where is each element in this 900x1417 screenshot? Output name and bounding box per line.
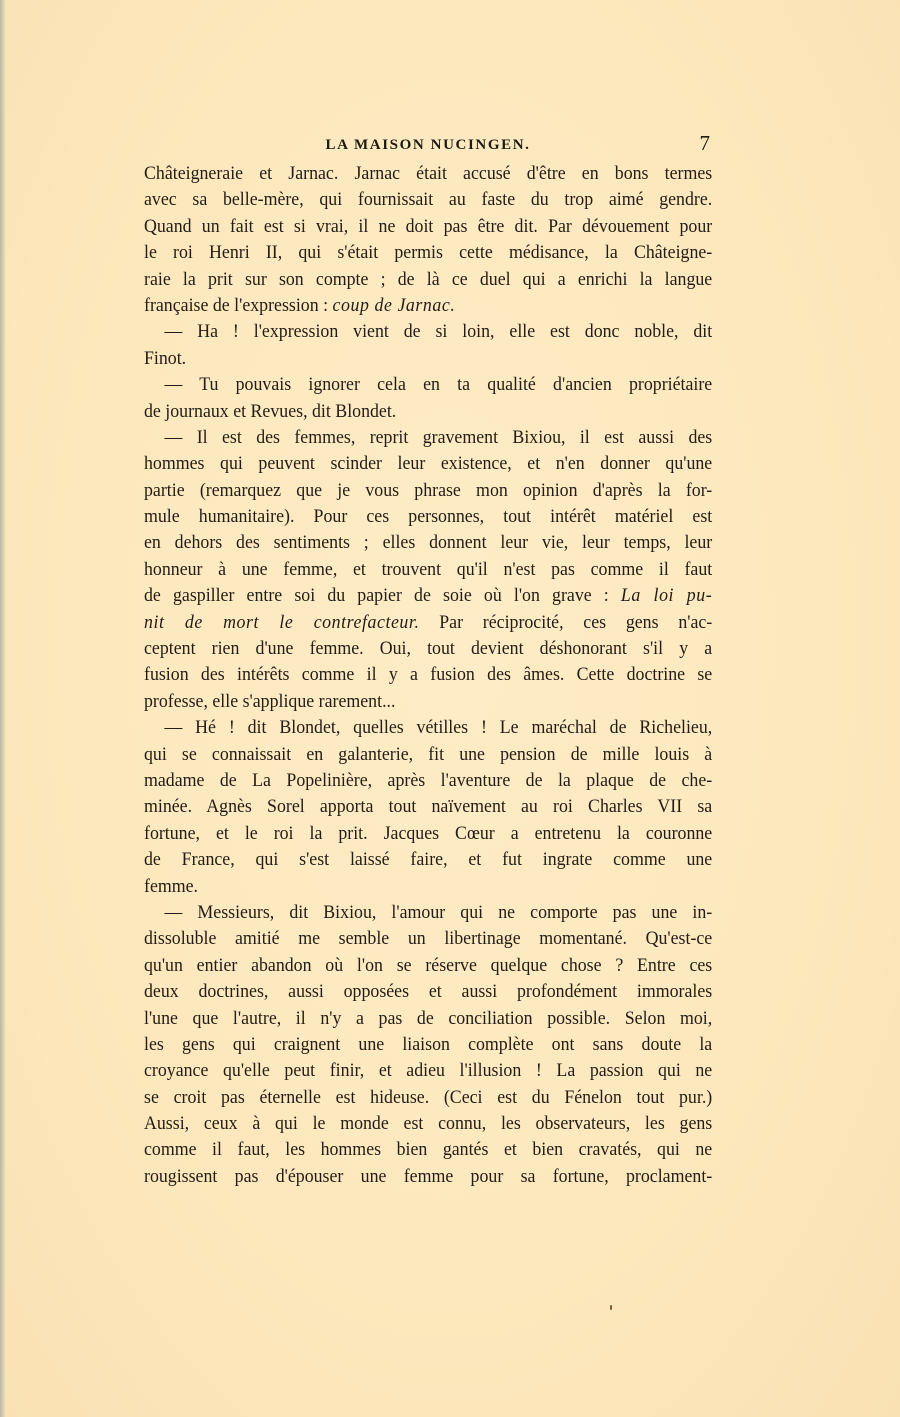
line-text: fortune, et le roi la prit. Jacques Cœur… — [144, 823, 712, 844]
line-text: ceptent rien d'une femme. Oui, tout devi… — [144, 638, 712, 659]
text-line: se croit pas éternelle est hideuse. (Cec… — [144, 1085, 712, 1111]
line-text: professe, elle s'applique rarement... — [144, 691, 395, 712]
line-text: — Hé ! dit Blondet, quelles vétilles ! L… — [164, 717, 712, 738]
text-line: minée. Agnès Sorel apporta tout naïvemen… — [144, 794, 712, 820]
line-text: fusion des intérêts comme il y a fusion … — [144, 664, 712, 685]
text-line: — Ha ! l'expression vient de si loin, el… — [144, 319, 712, 345]
line-text: femme. — [144, 876, 198, 897]
line-text: croyance qu'elle peut finir, et adieu l'… — [144, 1060, 712, 1081]
text-line: Quand un fait est si vrai, il ne doit pa… — [144, 214, 712, 240]
text-line: honneur à une femme, et trouvent qu'il n… — [144, 557, 712, 583]
line-text: partie (remarquez que je vous phrase mon… — [144, 480, 712, 501]
text-line: croyance qu'elle peut finir, et adieu l'… — [144, 1058, 712, 1084]
text-line: qui se connaissait en galanterie, fit un… — [144, 742, 712, 768]
line-text: qui se connaissait en galanterie, fit un… — [144, 744, 712, 765]
text-line: comme il faut, les hommes bien gantés et… — [144, 1137, 712, 1163]
text-line: avec sa belle-mère, qui fournissait au f… — [144, 187, 712, 213]
text-line: — Il est des femmes, reprit gravement Bi… — [144, 425, 712, 451]
line-text: française de l'expression : — [144, 295, 333, 316]
line-text: Quand un fait est si vrai, il ne doit pa… — [144, 216, 712, 237]
line-text: madame de La Popelinière, après l'aventu… — [144, 770, 712, 791]
running-title: LA MAISON NUCINGEN. — [144, 137, 712, 154]
line-text: — Ha ! l'expression vient de si loin, el… — [164, 321, 712, 342]
body-text: Châteigneraie et Jarnac. Jarnac était ac… — [144, 161, 712, 1190]
text-line: deux doctrines, aussi opposées et aussi … — [144, 979, 712, 1005]
text-line: l'une que l'autre, il n'y a pas de conci… — [144, 1006, 712, 1032]
italic-text: coup de Jarnac. — [333, 295, 456, 316]
line-text: l'une que l'autre, il n'y a pas de conci… — [144, 1008, 712, 1029]
line-text: dissoluble amitié me semble un libertina… — [144, 928, 712, 949]
line-text: hommes qui peuvent scinder leur existenc… — [144, 453, 712, 474]
text-line: nit de mort le contrefacteur. Par récipr… — [144, 610, 712, 636]
text-line: qu'un entier abandon où l'on se réserve … — [144, 953, 712, 979]
text-line: hommes qui peuvent scinder leur existenc… — [144, 451, 712, 477]
line-text: minée. Agnès Sorel apporta tout naïvemen… — [144, 796, 712, 817]
text-line: madame de La Popelinière, après l'aventu… — [144, 768, 712, 794]
page-edge-shadow — [0, 0, 6, 1417]
text-line: de journaux et Revues, dit Blondet. — [144, 399, 712, 425]
line-text: — Messieurs, dit Bixiou, l'amour qui ne … — [164, 902, 712, 923]
line-text: — Il est des femmes, reprit gravement Bi… — [164, 427, 712, 448]
text-line: française de l'expression : coup de Jarn… — [144, 293, 712, 319]
text-line: mule humanitaire). Pour ces personnes, t… — [144, 504, 712, 530]
text-line: Châteigneraie et Jarnac. Jarnac était ac… — [144, 161, 712, 187]
book-page: LA MAISON NUCINGEN. 7 Châteigneraie et J… — [0, 0, 900, 1417]
text-line: — Hé ! dit Blondet, quelles vétilles ! L… — [144, 715, 712, 741]
line-text: les gens qui craignent une liaison compl… — [144, 1034, 712, 1055]
line-text: de gaspiller entre soi du papier de soie… — [144, 585, 621, 606]
line-text: se croit pas éternelle est hideuse. (Cec… — [144, 1087, 712, 1108]
italic-text: nit de mort le contrefacteur. — [144, 612, 419, 633]
text-line: de France, qui s'est laissé faire, et fu… — [144, 847, 712, 873]
line-text: rougissent pas d'épouser une femme pour … — [144, 1166, 712, 1187]
text-line: dissoluble amitié me semble un libertina… — [144, 926, 712, 952]
text-line: fortune, et le roi la prit. Jacques Cœur… — [144, 821, 712, 847]
text-line: en dehors des sentiments ; elles donnent… — [144, 530, 712, 556]
line-text: mule humanitaire). Pour ces personnes, t… — [144, 506, 712, 527]
line-text: deux doctrines, aussi opposées et aussi … — [144, 981, 712, 1002]
line-text: le roi Henri II, qui s'était permis cett… — [144, 242, 712, 263]
line-text: en dehors des sentiments ; elles donnent… — [144, 532, 712, 553]
text-line: fusion des intérêts comme il y a fusion … — [144, 662, 712, 688]
text-line: ceptent rien d'une femme. Oui, tout devi… — [144, 636, 712, 662]
text-line: partie (remarquez que je vous phrase mon… — [144, 478, 712, 504]
text-line: — Tu pouvais ignorer cela en ta qualité … — [144, 372, 712, 398]
running-header: LA MAISON NUCINGEN. 7 — [144, 131, 712, 155]
line-text: qu'un entier abandon où l'on se réserve … — [144, 955, 712, 976]
line-text: Aussi, ceux à qui le monde est connu, le… — [144, 1113, 712, 1134]
line-text: avec sa belle-mère, qui fournissait au f… — [144, 189, 712, 210]
text-line: — Messieurs, dit Bixiou, l'amour qui ne … — [144, 900, 712, 926]
text-line: femme. — [144, 874, 712, 900]
line-text: de France, qui s'est laissé faire, et fu… — [144, 849, 712, 870]
line-text: honneur à une femme, et trouvent qu'il n… — [144, 559, 712, 580]
line-text: de journaux et Revues, dit Blondet. — [144, 401, 396, 422]
line-text: Châteigneraie et Jarnac. Jarnac était ac… — [144, 163, 712, 184]
italic-text: La loi pu- — [621, 585, 712, 606]
line-text: — Tu pouvais ignorer cela en ta qualité … — [164, 374, 712, 395]
text-line: de gaspiller entre soi du papier de soie… — [144, 583, 712, 609]
text-line: Finot. — [144, 346, 712, 372]
line-text: Par réciprocité, ces gens n'ac- — [419, 612, 712, 633]
text-line: le roi Henri II, qui s'était permis cett… — [144, 240, 712, 266]
page-number: 7 — [700, 131, 711, 156]
text-line: Aussi, ceux à qui le monde est connu, le… — [144, 1111, 712, 1137]
text-line: les gens qui craignent une liaison compl… — [144, 1032, 712, 1058]
text-line: raie la prit sur son compte ; de là ce d… — [144, 267, 712, 293]
text-line: rougissent pas d'épouser une femme pour … — [144, 1164, 712, 1190]
line-text: Finot. — [144, 348, 186, 369]
line-text: raie la prit sur son compte ; de là ce d… — [144, 269, 712, 290]
paper-speck — [610, 1305, 612, 1310]
text-line: professe, elle s'applique rarement... — [144, 689, 712, 715]
line-text: comme il faut, les hommes bien gantés et… — [144, 1139, 712, 1160]
